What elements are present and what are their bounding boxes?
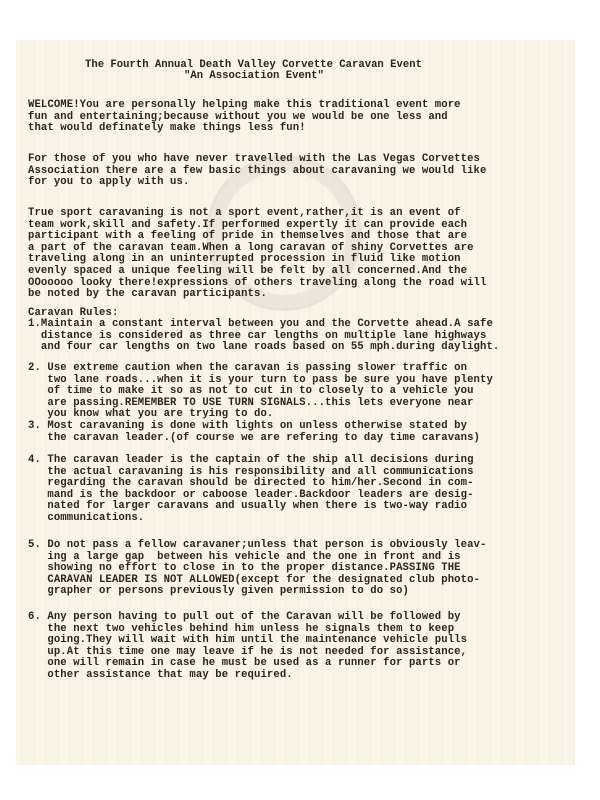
rule-4: 4. The caravan leader is the captain of … bbox=[28, 455, 474, 525]
rule-6: 6. Any person having to pull out of the … bbox=[28, 612, 467, 682]
document-subtitle: "An Association Event" bbox=[184, 71, 324, 83]
caravaning-paragraph: True sport caravaning is not a sport eve… bbox=[28, 208, 486, 301]
rule-5: 5. Do not pass a fellow caravaner;unless… bbox=[28, 540, 486, 598]
rule-1: 1.Maintain a constant interval between y… bbox=[28, 319, 499, 354]
welcome-paragraph: WELCOME!You are personally helping make … bbox=[28, 100, 461, 135]
rule-3: 3. Most caravaning is done with lights o… bbox=[28, 421, 480, 444]
rule-2: 2. Use extreme caution when the caravan … bbox=[28, 363, 493, 421]
intro-paragraph: For those of you who have never travelle… bbox=[28, 154, 486, 189]
scanned-page: The Fourth Annual Death Valley Corvette … bbox=[16, 40, 575, 765]
